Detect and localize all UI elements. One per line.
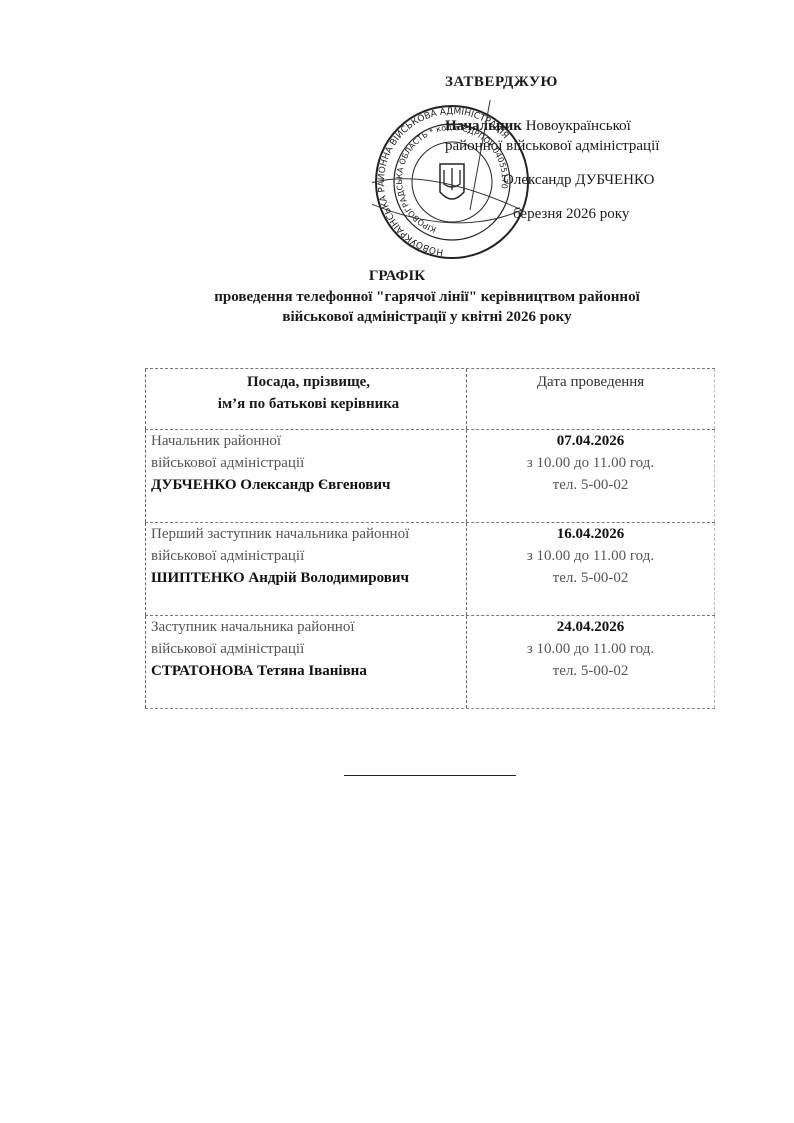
table-header-row: Посада, прізвище, ім’я по батькові керів…	[145, 368, 715, 429]
header-date: Дата проведення	[467, 369, 715, 429]
official-name: СТРАТОНОВА Тетяна Іванівна	[151, 660, 466, 682]
official-name: ДУБЧЕНКО Олександр Євгенович	[151, 474, 466, 496]
date-cell: 16.04.2026 з 10.00 до 11.00 год. тел. 5-…	[467, 523, 715, 615]
table-row: Начальник районної військової адміністра…	[145, 429, 715, 522]
document-subtitle-line1: проведення телефонної "гарячої лінії" ке…	[30, 289, 794, 306]
closing-divider	[344, 775, 516, 776]
schedule-table: Посада, прізвище, ім’я по батькові керів…	[145, 368, 715, 709]
document-title: ГРАФІК	[0, 268, 794, 285]
position-cell: Начальник районної військової адміністра…	[145, 430, 467, 522]
position-cell: Перший заступник начальника районної вій…	[145, 523, 467, 615]
official-name: ШИПТЕНКО Андрій Володимирович	[151, 567, 466, 589]
date-cell: 24.04.2026 з 10.00 до 11.00 год. тел. 5-…	[467, 616, 715, 708]
document-subtitle-line2: військової адміністрації у квітні 2026 р…	[30, 309, 794, 326]
header-position: Посада, прізвище, ім’я по батькові керів…	[145, 369, 467, 429]
official-stamp-icon: НОВОУКРАЇНСЬКА РАЙОННА ВІЙСЬКОВА АДМІНІС…	[372, 100, 532, 265]
date-cell: 07.04.2026 з 10.00 до 11.00 год. тел. 5-…	[467, 430, 715, 522]
approval-title: ЗАТВЕРДЖУЮ	[445, 74, 558, 91]
table-row: Перший заступник начальника районної вій…	[145, 522, 715, 615]
position-cell: Заступник начальника районної військової…	[145, 616, 467, 708]
table-row: Заступник начальника районної військової…	[145, 615, 715, 709]
